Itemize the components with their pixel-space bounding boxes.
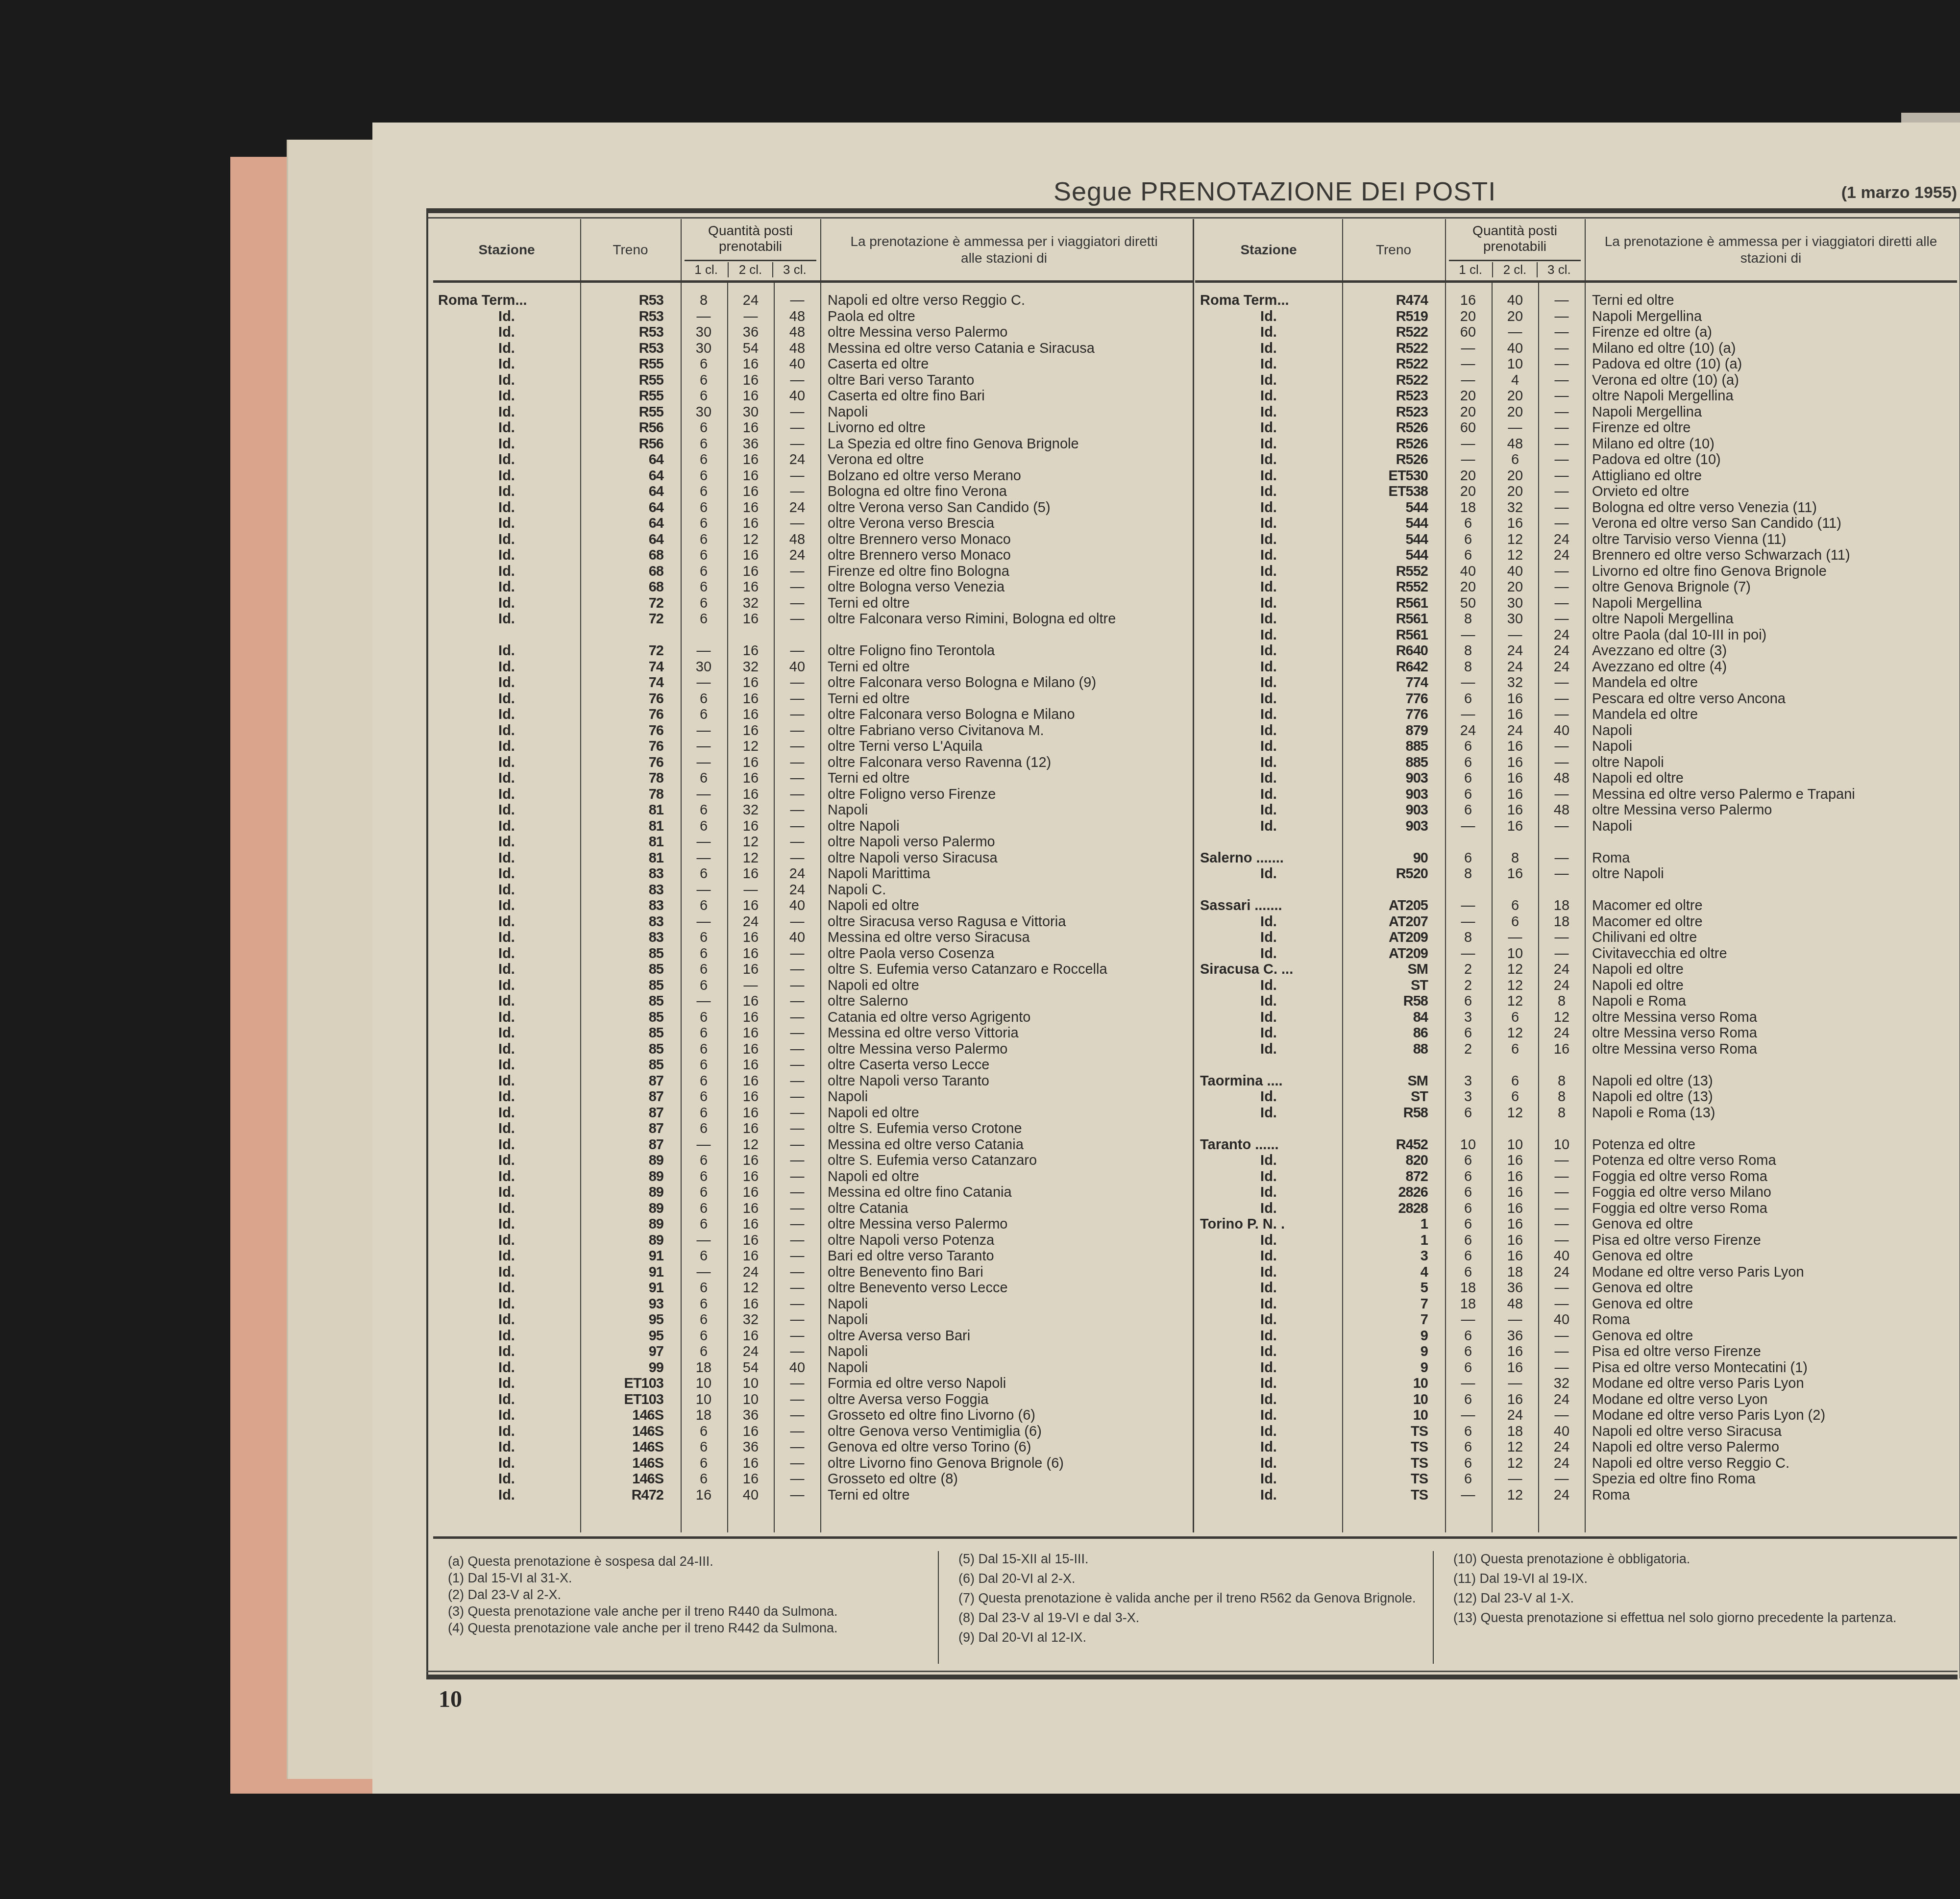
seats-1st-class-cell: 40 [1448,564,1488,579]
station-cell: Id. [1195,787,1342,802]
footnote: (10) Questa prenotazione è obbligatoria. [1453,1551,1960,1567]
seats-2nd-class-cell: 16 [1495,1392,1535,1407]
seats-1st-class-cell: 6 [1448,770,1488,786]
table-row: Id.95616—oltre Aversa verso Bari [433,1328,1193,1344]
train-cell: 78 [590,787,663,802]
seats-1st-class-cell: 8 [1448,930,1488,945]
station-cell: Id. [433,1010,580,1025]
seats-3rd-class-cell: 40 [1542,1248,1581,1264]
seats-1st-class-cell: — [684,739,723,754]
destination-cell: Napoli e Roma (13) [1592,1105,1715,1121]
train-cell: TS [1354,1439,1428,1455]
destination-cell: Mandela ed oltre [1592,707,1698,722]
destination-cell: Avezzano ed oltre (4) [1592,659,1727,675]
destination-cell: Pescara ed oltre verso Ancona [1592,691,1786,707]
seats-1st-class-cell: 6 [684,1184,723,1200]
seats-3rd-class-cell: — [778,579,817,595]
station-cell: Id. [1195,978,1342,993]
seats-1st-class-cell: 6 [684,1089,723,1105]
footnote: (3) Questa prenotazione vale anche per i… [448,1603,918,1619]
seats-1st-class-cell: 6 [684,770,723,786]
seats-2nd-class-cell: 16 [731,723,770,739]
train-cell: 87 [590,1089,663,1105]
seats-3rd-class-cell: — [778,802,817,818]
train-cell: R519 [1354,309,1428,324]
seats-2nd-class-cell: 12 [1495,1439,1535,1455]
train-cell: R55 [590,404,663,420]
table-row: Id.R5524040—Livorno ed oltre fino Genova… [1195,564,1957,580]
train-cell: 146S [590,1439,663,1455]
train-cell: 89 [590,1216,663,1232]
seats-1st-class-cell: 6 [1448,1360,1488,1376]
seats-1st-class-cell: 6 [684,420,723,436]
seats-1st-class-cell: 6 [684,1041,723,1057]
seats-3rd-class-cell: — [1542,595,1581,611]
station-cell: Id. [433,898,580,913]
seats-1st-class-cell: 6 [684,388,723,404]
seats-2nd-class-cell: 16 [731,1233,770,1248]
seats-3rd-class-cell: — [778,1057,817,1073]
seats-2nd-class-cell: 12 [731,834,770,850]
seats-2nd-class-cell: 16 [1495,1360,1535,1376]
seats-1st-class-cell: 20 [1448,579,1488,595]
seats-1st-class-cell: — [684,675,723,691]
table-row: Id.R5232020—Napoli Mergellina [1195,404,1957,420]
seats-2nd-class-cell: 16 [731,420,770,436]
seats-1st-class-cell: 6 [1448,1264,1488,1280]
station-cell: Id. [433,930,580,945]
seats-2nd-class-cell: 12 [1495,1487,1535,1503]
seats-3rd-class-cell: — [778,404,817,420]
table-row: Id.91612—oltre Benevento verso Lecce [433,1280,1193,1296]
seats-2nd-class-cell: 36 [1495,1328,1535,1344]
train-cell: ET103 [590,1392,663,1407]
train-cell: 76 [590,723,663,739]
table-row: Id.R64082424Avezzano ed oltre (3) [1195,643,1957,659]
seats-3rd-class-cell: — [1542,372,1581,388]
destination-cell: oltre Tarvisio verso Vienna (11) [1592,532,1787,547]
group-spacer [1195,1057,1957,1073]
seats-3rd-class-cell: 24 [1542,1455,1581,1471]
seats-1st-class-cell: 6 [684,818,723,834]
station-cell: Id. [1195,1455,1342,1471]
destination-cell: oltre Benevento verso Lecce [828,1280,1008,1296]
destination-cell: oltre Falconara verso Bologna e Milano (… [828,675,1096,691]
edition-date: (1 marzo 1955) [1841,183,1957,202]
train-cell: 87 [590,1105,663,1121]
table-row: Id.87616—Napoli [433,1089,1193,1105]
seats-1st-class-cell: 6 [684,1471,723,1487]
destination-cell: Napoli ed oltre [1592,978,1684,993]
header-cl1: 1 cl. [685,262,729,277]
seats-1st-class-cell: 18 [684,1407,723,1423]
seats-3rd-class-cell: — [1542,611,1581,627]
seats-1st-class-cell: 10 [1448,1137,1488,1153]
seats-3rd-class-cell: 48 [778,324,817,340]
train-cell: TS [1354,1455,1428,1471]
table-row: Id.10—24—Modane ed oltre verso Paris Lyo… [1195,1407,1957,1424]
seats-1st-class-cell: 6 [684,436,723,452]
destination-cell: Modane ed oltre verso Paris Lyon (2) [1592,1407,1825,1423]
header-quantita: Quantità posti prenotabili 1 cl. 2 cl. 3… [1445,219,1586,280]
station-cell: Id. [433,1328,580,1344]
table-row: Id.8361640Messina ed oltre verso Siracus… [433,930,1193,946]
destination-cell: oltre Bologna verso Venezia [828,579,1004,595]
train-cell: 85 [590,978,663,993]
train-cell: 95 [590,1328,663,1344]
seats-3rd-class-cell: — [778,1153,817,1168]
destination-cell: oltre Napoli [1592,755,1664,770]
table-row: Id.8361624Napoli Marittima [433,866,1193,882]
destination-cell: Napoli [1592,818,1632,834]
seats-2nd-class-cell: 16 [1495,818,1535,834]
seats-2nd-class-cell: 16 [731,1105,770,1121]
table-row: Id.97624—Napoli [433,1344,1193,1360]
seats-1st-class-cell: 6 [684,866,723,882]
seats-3rd-class-cell: — [1542,787,1581,802]
station-cell: Id. [1195,388,1342,404]
destination-cell: oltre Messina verso Palermo [1592,802,1772,818]
seats-2nd-class-cell: 32 [1495,500,1535,516]
train-cell: 885 [1354,755,1428,770]
header-destinazioni: La prenotazione è ammessa per i viaggiat… [1585,219,1957,280]
seats-1st-class-cell: — [684,787,723,802]
seats-2nd-class-cell: 10 [731,1376,770,1391]
footnote: (13) Questa prenotazione si effettua nel… [1453,1610,1960,1626]
station-cell: Id. [1195,1392,1342,1407]
destination-cell: Milano ed oltre (10) [1592,436,1715,452]
seats-2nd-class-cell: 36 [1495,1280,1535,1296]
destination-cell: Firenze ed oltre fino Bologna [828,564,1009,579]
seats-3rd-class-cell: — [778,1216,817,1232]
destination-cell: Foggia ed oltre verso Roma [1592,1169,1767,1184]
destination-cell: oltre Napoli Mergellina [1592,611,1734,627]
destination-cell: Napoli [828,404,868,420]
train-cell: TS [1354,1424,1428,1439]
train-cell: R472 [590,1487,663,1503]
train-cell: 68 [590,579,663,595]
table-row: Id.81632—Napoli [433,802,1193,818]
destination-cell: oltre Falconara verso Bologna e Milano [828,707,1075,722]
destination-cell: Napoli ed oltre [828,1105,919,1121]
seats-1st-class-cell: — [684,309,723,324]
destination-cell: Brennero ed oltre verso Schwarzach (11) [1592,547,1850,563]
train-cell: R55 [590,372,663,388]
seats-1st-class-cell: 6 [684,532,723,547]
destination-cell: Genova ed oltre verso Torino (6) [828,1439,1031,1455]
station-cell: Id. [433,1153,580,1168]
header-cl2: 2 cl. [729,262,773,277]
destination-cell: Napoli ed oltre [828,1169,919,1184]
destination-cell: oltre Verona verso Brescia [828,516,994,531]
train-cell: 776 [1354,707,1428,722]
seats-2nd-class-cell: 24 [731,293,770,308]
train-cell: 93 [590,1296,663,1312]
station-cell: Id. [1195,1153,1342,1168]
seats-2nd-class-cell: 24 [1495,1407,1535,1423]
destination-cell: oltre Napoli verso Potenza [828,1233,994,1248]
table-row: Id.90361648Napoli ed oltre [1195,770,1957,787]
station-cell: Id. [1195,1296,1342,1312]
station-cell: Id. [1195,1105,1342,1121]
station-cell: Id. [433,962,580,977]
station-cell: Id. [1195,341,1342,356]
destination-cell: Bologna ed oltre fino Verona [828,484,1007,499]
seats-3rd-class-cell: 8 [1542,1089,1581,1105]
seats-1st-class-cell: — [684,1137,723,1153]
seats-2nd-class-cell: 16 [731,1041,770,1057]
destination-cell: Roma [1592,850,1630,866]
table-row: Id.ST368Napoli ed oltre (13) [1195,1089,1957,1105]
train-cell: 64 [590,484,663,499]
footnote: (8) Dal 23-V al 19-VI e dal 3-X. [958,1610,1439,1626]
seats-3rd-class-cell: 24 [778,452,817,468]
table-row: Id.TS61840Napoli ed oltre verso Siracusa [1195,1424,1957,1440]
table-row: Id.68616—oltre Bologna verso Venezia [433,579,1193,595]
train-cell: R552 [1354,564,1428,579]
seats-1st-class-cell: — [1448,356,1488,372]
seats-3rd-class-cell: 40 [1542,1424,1581,1439]
destination-cell: Genova ed oltre [1592,1248,1693,1264]
table-row: Id.776—16—Mandela ed oltre [1195,707,1957,723]
seats-3rd-class-cell: 24 [1542,962,1581,977]
seats-1st-class-cell: 3 [1448,1089,1488,1105]
table-row: Id.R520816—oltre Napoli [1195,866,1957,882]
table-row: Id.882616oltre Messina verso Roma [1195,1041,1957,1058]
seats-2nd-class-cell: 16 [1495,787,1535,802]
table-row: Id.R526—6—Padova ed oltre (10) [1195,452,1957,468]
seats-3rd-class-cell: 24 [1542,547,1581,563]
station-cell: Id. [1195,1010,1342,1025]
seats-3rd-class-cell: — [1542,579,1581,595]
seats-1st-class-cell: 6 [1448,1169,1488,1184]
table-row: Id.74303240Terni ed oltre [433,659,1193,675]
seats-3rd-class-cell: 40 [778,930,817,945]
seats-3rd-class-cell: — [1542,356,1581,372]
table-row: Id.885616—oltre Napoli [1195,755,1957,771]
seats-3rd-class-cell: — [1542,324,1581,340]
seats-2nd-class-cell: 16 [731,946,770,962]
destination-cell: oltre S. Eufemia verso Catanzaro e Rocce… [828,962,1107,977]
destination-cell: Roma [1592,1312,1630,1328]
seats-3rd-class-cell: — [778,420,817,436]
station-cell: Id. [1195,1169,1342,1184]
destination-cell: oltre Messina verso Roma [1592,1025,1757,1041]
seats-2nd-class-cell: 12 [1495,532,1535,547]
destination-cell: Napoli Mergellina [1592,595,1702,611]
seats-1st-class-cell: 8 [1448,643,1488,659]
seats-1st-class-cell: 6 [1448,691,1488,707]
destination-cell: Messina ed oltre verso Siracusa [828,930,1030,945]
station-cell: Id. [433,532,580,547]
station-cell: Id. [1195,930,1342,945]
class-subheaders: 1 cl. 2 cl. 3 cl. [685,260,816,277]
seats-1st-class-cell: 30 [684,404,723,420]
train-cell: 83 [590,914,663,930]
seats-3rd-class-cell: 24 [1542,1264,1581,1280]
station-cell: Id. [1195,1344,1342,1359]
destination-cell: Messina ed oltre verso Palermo e Trapani [1592,787,1855,802]
seats-1st-class-cell: 6 [1448,850,1488,866]
seats-2nd-class-cell: 6 [1495,914,1535,930]
seats-1st-class-cell: 6 [1448,1392,1488,1407]
table-row: Id.91—24—oltre Benevento fino Bari [433,1264,1193,1281]
seats-3rd-class-cell: 24 [778,500,817,516]
seats-3rd-class-cell: — [1542,500,1581,516]
destination-cell: oltre Brennero verso Monaco [828,532,1011,547]
station-cell: Id. [1195,356,1342,372]
station-cell: Salerno ....... [1200,850,1342,866]
station-cell: Id. [1195,643,1342,659]
station-cell: Id. [433,1137,580,1153]
destination-cell: Bologna ed oltre verso Venezia (11) [1592,500,1817,516]
seats-3rd-class-cell: 10 [1542,1137,1581,1153]
seats-2nd-class-cell: — [1495,1312,1535,1328]
seats-3rd-class-cell: — [778,1376,817,1391]
seats-3rd-class-cell: — [778,850,817,866]
table-row: Id.R4721640—Terni ed oltre [433,1487,1193,1504]
seats-2nd-class-cell: 12 [1495,993,1535,1009]
seats-2nd-class-cell: 16 [731,372,770,388]
train-cell: SM [1354,962,1428,977]
seats-1st-class-cell: 6 [684,898,723,913]
seats-1st-class-cell: — [1448,707,1488,722]
seats-2nd-class-cell: 16 [1495,770,1535,786]
seats-1st-class-cell: 6 [1448,1248,1488,1264]
seats-3rd-class-cell: — [1542,1201,1581,1216]
seats-3rd-class-cell: 40 [778,356,817,372]
seats-2nd-class-cell: 30 [1495,595,1535,611]
seats-1st-class-cell: 6 [1448,1025,1488,1041]
station-cell: Id. [1195,1201,1342,1216]
seats-2nd-class-cell: 12 [1495,1025,1535,1041]
train-cell: 903 [1354,818,1428,834]
seats-3rd-class-cell: 18 [1542,914,1581,930]
seats-1st-class-cell: 6 [1448,1184,1488,1200]
footnote: (9) Dal 20-VI al 12-IX. [958,1629,1439,1645]
station-cell: Id. [433,1073,580,1089]
train-cell: 9 [1354,1360,1428,1376]
destination-cell: Genova ed oltre [1592,1328,1693,1344]
seats-1st-class-cell: 6 [1448,532,1488,547]
station-cell: Id. [433,1105,580,1121]
station-cell: Id. [433,595,580,611]
seats-1st-class-cell: 20 [1448,388,1488,404]
table-row: Id.8661224oltre Messina verso Roma [1195,1025,1957,1041]
seats-2nd-class-cell: 48 [1495,436,1535,452]
seats-1st-class-cell: 6 [684,1312,723,1328]
seats-1st-class-cell: 6 [684,1057,723,1073]
seats-2nd-class-cell: 12 [1495,962,1535,977]
seats-2nd-class-cell: 16 [731,993,770,1009]
train-cell: 85 [590,946,663,962]
train-cell: R642 [1354,659,1428,675]
seats-2nd-class-cell: 10 [1495,1137,1535,1153]
train-cell: R523 [1354,404,1428,420]
seats-2nd-class-cell: 30 [1495,611,1535,627]
table-row: Id.76616—Terni ed oltre [433,691,1193,707]
station-cell: Id. [1195,579,1342,595]
seats-3rd-class-cell: — [778,914,817,930]
seats-3rd-class-cell: — [1542,691,1581,707]
seats-3rd-class-cell: — [1542,755,1581,770]
destination-cell: oltre Aversa verso Foggia [828,1392,988,1407]
seats-2nd-class-cell: 40 [1495,293,1535,308]
seats-2nd-class-cell: 6 [1495,1073,1535,1089]
station-cell: Id. [433,516,580,531]
station-cell: Id. [433,452,580,468]
destination-cell: oltre Messina verso Palermo [828,1041,1007,1057]
train-cell: R526 [1354,420,1428,436]
footnotes: (a) Questa prenotazione è sospesa dal 24… [433,1536,1957,1671]
seats-3rd-class-cell: — [778,787,817,802]
table-row: Id.10——32Modane ed oltre verso Paris Lyo… [1195,1376,1957,1392]
seats-2nd-class-cell: 16 [731,1153,770,1168]
seats-2nd-class-cell: 16 [1495,1248,1535,1264]
station-cell: Id. [433,1439,580,1455]
seats-3rd-class-cell: 24 [1542,1439,1581,1455]
seats-2nd-class-cell: 6 [1495,1041,1535,1057]
destination-cell: Chilivani ed oltre [1592,930,1697,945]
table-row: Id.81616—oltre Napoli [433,818,1193,835]
train-cell: 83 [590,882,663,898]
seats-1st-class-cell: 16 [1448,293,1488,308]
seats-1st-class-cell: — [1448,1487,1488,1503]
seats-3rd-class-cell: — [778,1025,817,1041]
destination-cell: oltre Paola (dal 10-III in poi) [1592,627,1766,643]
footnote: (12) Dal 23-V al 1-X. [1453,1590,1960,1606]
seats-2nd-class-cell: 24 [1495,659,1535,675]
train-cell: 83 [590,866,663,882]
seats-1st-class-cell: — [684,834,723,850]
destination-cell: Genova ed oltre [1592,1296,1693,1312]
station-cell: Id. [433,356,580,372]
train-cell: 4 [1354,1264,1428,1280]
station-cell: Id. [433,675,580,691]
seats-1st-class-cell: 6 [684,978,723,993]
table-row: Id.72616—oltre Falconara verso Rimini, B… [433,611,1193,643]
destination-cell: oltre Foligno verso Firenze [828,787,996,802]
table-row: Id.R522—10—Padova ed oltre (10) (a) [1195,356,1957,372]
table-row: Id.R52260——Firenze ed oltre (a) [1195,324,1957,341]
table-row: Id.74—16—oltre Falconara verso Bologna e… [433,675,1193,691]
destination-cell: oltre Foligno fino Terontola [828,643,995,659]
train-cell: 64 [590,532,663,547]
seats-3rd-class-cell: — [1542,1407,1581,1423]
destination-cell: Pisa ed oltre verso Montecatini (1) [1592,1360,1808,1376]
destination-cell: Bari ed oltre verso Taranto [828,1248,994,1264]
seats-1st-class-cell: 6 [684,564,723,579]
train-cell: 146S [590,1455,663,1471]
footnote: (11) Dal 19-VI al 19-IX. [1453,1571,1960,1586]
seats-1st-class-cell: 6 [1448,993,1488,1009]
seats-3rd-class-cell: — [778,1455,817,1471]
table-row: Id.72632—Terni ed oltre [433,595,1193,612]
header-quantita: Quantità posti prenotabili 1 cl. 2 cl. 3… [681,219,821,280]
destination-cell: Messina ed oltre verso Catania e Siracus… [828,341,1095,356]
table-row: Id.85616—oltre S. Eufemia verso Catanzar… [433,962,1193,978]
station-cell: Id. [433,309,580,324]
station-cell: Id. [433,787,580,802]
train-cell: 76 [590,739,663,754]
destination-cell: Modane ed oltre verso Paris Lyon [1592,1376,1804,1391]
station-cell: Id. [433,770,580,786]
seats-1st-class-cell: 6 [1448,1328,1488,1344]
seats-3rd-class-cell: — [778,1344,817,1359]
seats-1st-class-cell: 6 [684,1439,723,1455]
destination-cell: Napoli ed oltre [1592,962,1684,977]
seats-1st-class-cell: 30 [684,341,723,356]
